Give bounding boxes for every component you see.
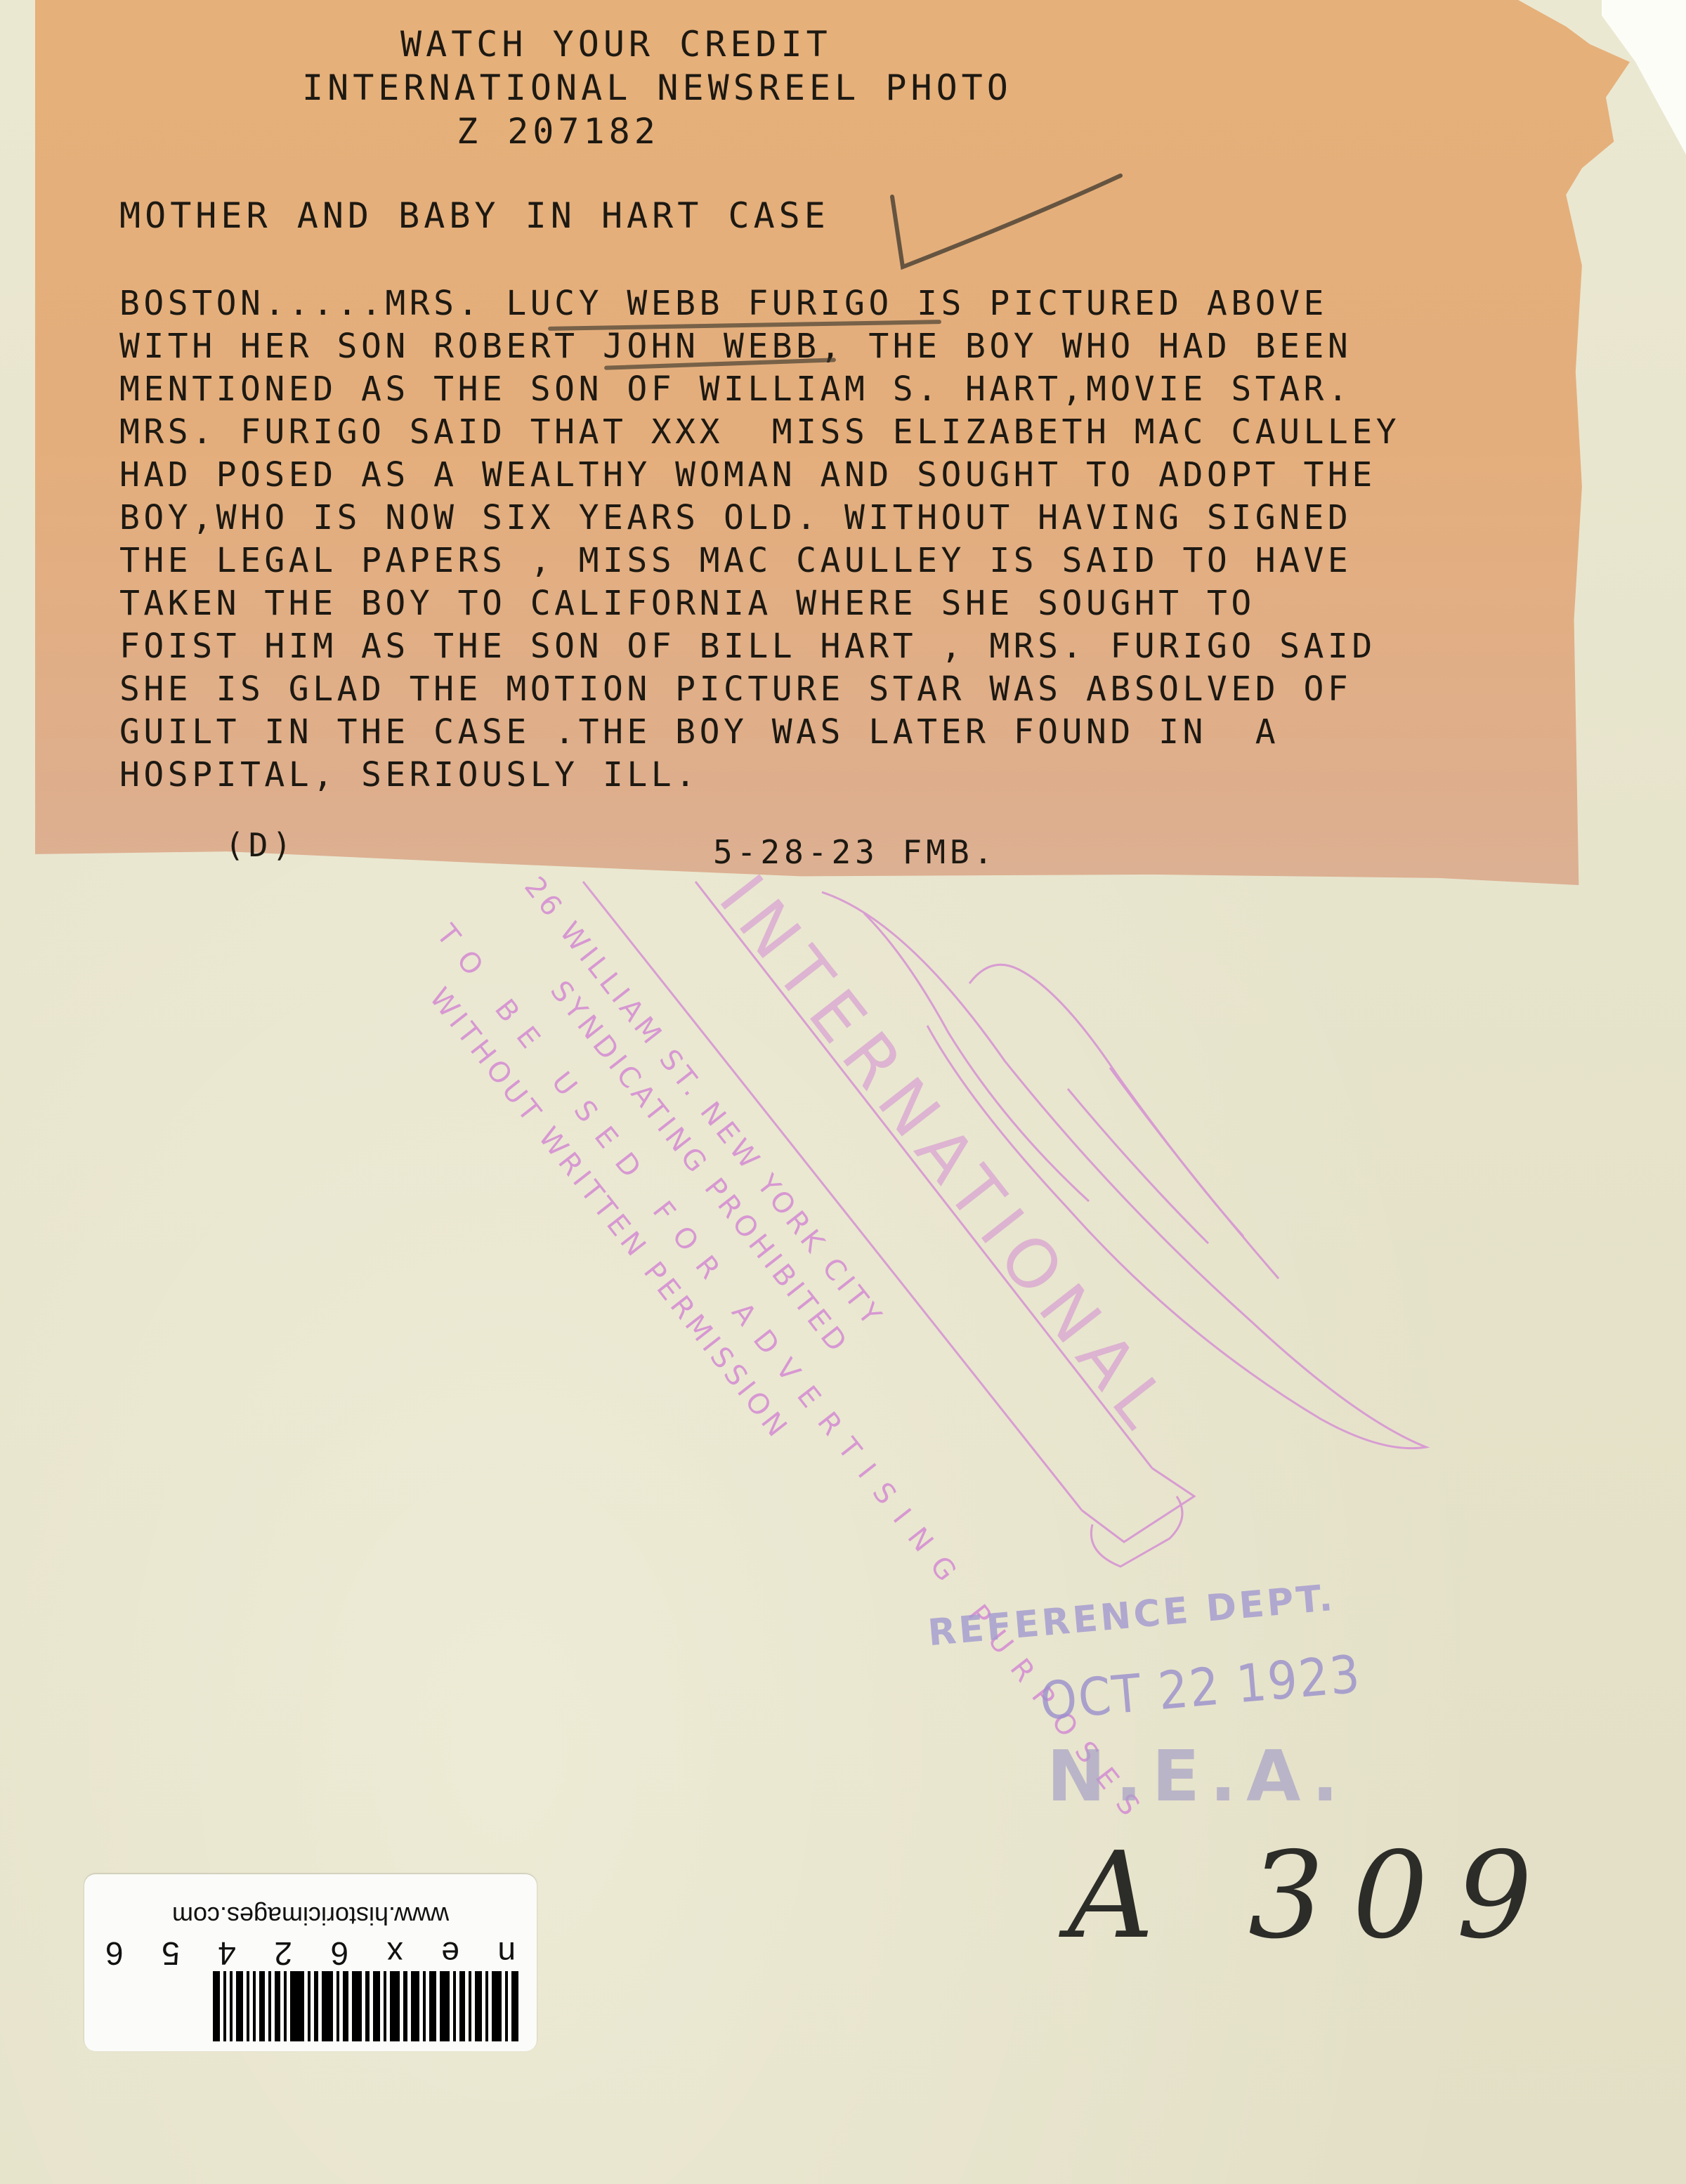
barcode-chars: n e x 6 2 4 5 6	[105, 1935, 516, 1973]
reference-dept-stamp: REFERENCE DEPT.	[926, 1577, 1337, 1654]
caption-line: THE LEGAL PAPERS , MISS MAC CAULLEY IS S…	[119, 540, 1400, 582]
caption-body: BOSTON.....MRS. LUCY WEBB FURIGO IS PICT…	[119, 282, 1400, 797]
caption-date: 5-28-23 FMB.	[713, 836, 997, 868]
handwritten-note: A 309	[1068, 1826, 1560, 1966]
barcode-char: 4	[218, 1935, 236, 1973]
barcode-icon	[103, 1971, 518, 2041]
svg-text:INTERNATIONAL: INTERNATIONAL	[704, 861, 1189, 1450]
barcode-char: 6	[331, 1935, 349, 1973]
caption-line: HAD POSED AS A WEALTHY WOMAN AND SOUGHT …	[119, 454, 1400, 497]
caption-line: BOY,WHO IS NOW SIX YEARS OLD. WITHOUT HA…	[119, 497, 1400, 540]
reference-org-stamp: N.E.A.	[1047, 1735, 1348, 1817]
caption-headline: MOTHER AND BABY IN HART CASE	[119, 198, 830, 233]
photo-number: Z 207182	[457, 114, 660, 149]
barcode-char: 5	[162, 1935, 180, 1973]
credit-line-2: INTERNATIONAL NEWSREEL PHOTO	[302, 70, 1012, 105]
caption-line: TAKEN THE BOY TO CALIFORNIA WHERE SHE SO…	[119, 582, 1400, 625]
svg-text:SYNDICATING PROHIBITED: SYNDICATING PROHIBITED	[544, 975, 855, 1361]
barcode-char: 2	[274, 1935, 292, 1973]
photo-back-page: INTERNATIONAL 26 WILLIAM ST. NEW YORK CI…	[0, 0, 1686, 2184]
barcode-char: e	[441, 1935, 459, 1973]
barcode-char: 6	[105, 1935, 124, 1973]
barcode-char: n	[497, 1935, 516, 1973]
svg-text:WITHOUT WRITTEN PERMISSION: WITHOUT WRITTEN PERMISSION	[423, 982, 795, 1446]
caption-line: SHE IS GLAD THE MOTION PICTURE STAR WAS …	[119, 668, 1400, 711]
caption-line: MENTIONED AS THE SON OF WILLIAM S. HART,…	[119, 368, 1400, 411]
caption-line: BOSTON.....MRS. LUCY WEBB FURIGO IS PICT…	[119, 282, 1400, 325]
barcode-label: n e x 6 2 4 5 6 www.historicimages.com	[84, 1874, 537, 2051]
svg-text:26 WILLIAM ST. NEW YORK CITY: 26 WILLIAM ST. NEW YORK CITY	[518, 871, 889, 1334]
pencil-checkmark-icon	[875, 169, 1128, 274]
caption-line: MRS. FURIGO SAID THAT XXX MISS ELIZABETH…	[119, 411, 1400, 454]
reference-date-stamp: OCT 22 1923	[1038, 1644, 1364, 1732]
caption-line: GUILT IN THE CASE .THE BOY WAS LATER FOU…	[119, 711, 1400, 754]
barcode-char: x	[387, 1935, 403, 1973]
caption-line: FOIST HIM AS THE SON OF BILL HART , MRS.…	[119, 625, 1400, 668]
caption-code: (D)	[225, 829, 296, 861]
label-url: www.historicimages.com	[84, 1901, 537, 1930]
credit-line-1: WATCH YOUR CREDIT	[400, 27, 832, 62]
caption-line: HOSPITAL, SERIOUSLY ILL.	[119, 754, 1400, 797]
